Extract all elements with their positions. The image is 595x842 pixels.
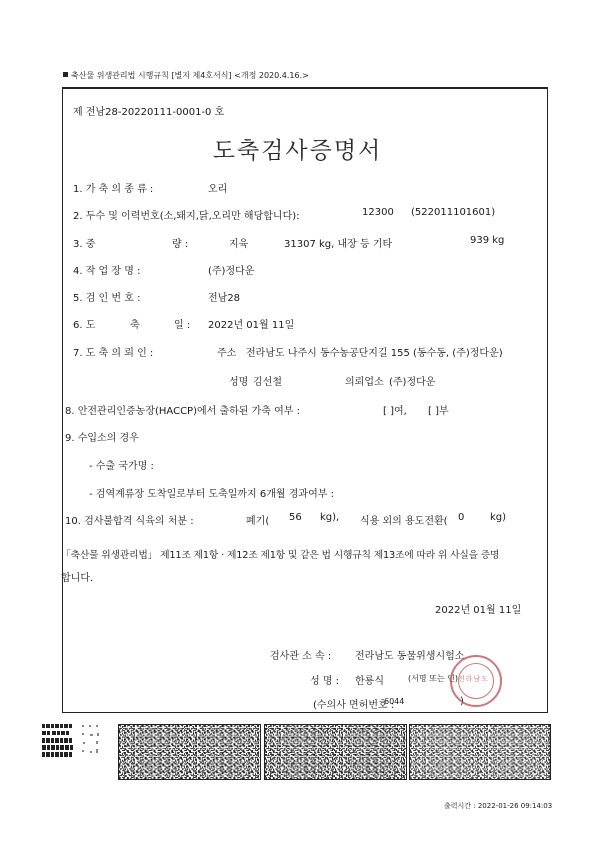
item-6-value: 2022년 01월 11일 <box>208 316 294 331</box>
item-8-label: 8. 안전관리인증농장(HACCP)에서 출하된 가축 여부 : <box>65 402 300 417</box>
item-5-label: 5. 검 인 번 호 : <box>73 289 140 304</box>
2d-barcode-3-icon <box>409 724 551 780</box>
inspector-affiliation-label: 검사관 소 속 : <box>270 647 331 662</box>
print-time: 출력시간 : 2022-01-26 09:14:03 <box>444 801 552 811</box>
form-note: 축산물 위생관리법 시행규칙 [별지 제4호서식] <개정 2020.4.16.… <box>63 70 309 81</box>
official-seal-stamp: 전라남도 <box>450 655 502 707</box>
item-10-conversion-unit: kg) <box>490 512 506 523</box>
item-10-disposal-unit: kg), <box>320 512 339 523</box>
item-7-company-value: (주)정다운 <box>389 373 435 388</box>
certification-date: 2022년 01월 11일 <box>435 601 521 616</box>
item-2-label: 2. 두수 및 이력번호(소,돼지,닭,오리만 해당합니다): <box>73 207 300 222</box>
item-2-count: 12300 <box>362 207 394 218</box>
item-7-company-label: 의뢰업소 <box>345 373 384 388</box>
item-2-trace-number: (522011101601) <box>411 207 495 218</box>
item-3-carcass-value: 31307 kg, 내장 등 기타 <box>284 235 392 250</box>
form-note-text: 축산물 위생관리법 시행규칙 [별지 제4호서식] <개정 2020.4.16.… <box>71 71 309 80</box>
item-6-label-c: 일 : <box>174 316 190 331</box>
item-6-label-a: 6. 도 <box>73 316 95 331</box>
page-title: 도축검사증명서 <box>0 132 595 165</box>
item-10-disposal-label: 폐기( <box>246 512 269 527</box>
inspector-name-label: 성 명 : <box>310 672 339 687</box>
inspector-name-value: 한룡식 <box>355 672 384 687</box>
certification-line-2: 합니다. <box>61 569 93 584</box>
barcode-small-icon <box>42 724 80 758</box>
item-9-label: 9. 수입소의 경우 <box>65 429 139 444</box>
item-5-value: 전남28 <box>208 289 240 304</box>
item-10-conversion-label: 식용 외의 용도전환( <box>360 512 448 527</box>
certification-line-1: 「축산물 위생관리법」 제11조 제1항 · 제12조 제1항 및 같은 법 시… <box>61 547 499 561</box>
inspector-license-value: 6044 <box>384 697 404 706</box>
item-3-carcass-label: 지육 <box>229 235 248 250</box>
item-6-label-b: 축 <box>130 316 140 331</box>
item-4-label: 4. 작 업 장 명 : <box>73 262 140 277</box>
item-8-yes-checkbox[interactable]: [ ]여, <box>383 402 407 417</box>
square-bullet-icon <box>63 72 68 77</box>
item-9-country-label: - 수출 국가명 : <box>89 457 154 472</box>
item-7-label: 7. 도 축 의 뢰 인 : <box>73 344 153 359</box>
barcode-small-secondary-icon <box>80 724 102 758</box>
item-3-label-a: 3. 중 <box>73 235 95 250</box>
item-4-value: (주)정다운 <box>208 262 254 277</box>
item-9-period-label: - 검역계류장 도착일로부터 도축일까지 6개월 경과여부 : <box>89 485 334 500</box>
item-10-label: 10. 검사불합격 식육의 처분 : <box>65 512 194 527</box>
item-1-label: 1. 가 축 의 종 류 : <box>73 180 153 195</box>
item-3-other-value: 939 kg <box>470 235 504 246</box>
inspector-license-label: (수의사 면허번호 : <box>313 696 394 711</box>
item-8-no-checkbox[interactable]: [ ]부 <box>428 402 449 417</box>
document-number: 제 전남28-20220111-0001-0 호 <box>73 103 224 118</box>
item-3-label-b: 량 : <box>172 235 188 250</box>
2d-barcode-1-icon <box>118 724 261 780</box>
item-10-conversion-value: 0 <box>458 512 464 523</box>
item-7-name-value: 김선철 <box>253 373 282 388</box>
inspector-affiliation-value: 전라남도 동물위생시험소 <box>355 647 464 662</box>
item-1-value: 오리 <box>208 180 227 195</box>
item-10-disposal-value: 56 <box>289 512 302 523</box>
2d-barcode-2-icon <box>264 724 407 780</box>
item-7-address-label: 주소 <box>217 344 236 359</box>
item-7-name-label: 성명 <box>229 373 248 388</box>
stamp-text: 전라남도 <box>458 674 489 684</box>
item-7-address-value: 전라남도 나주시 동수농공단지길 155 (동수동, (주)정다운) <box>246 344 503 359</box>
